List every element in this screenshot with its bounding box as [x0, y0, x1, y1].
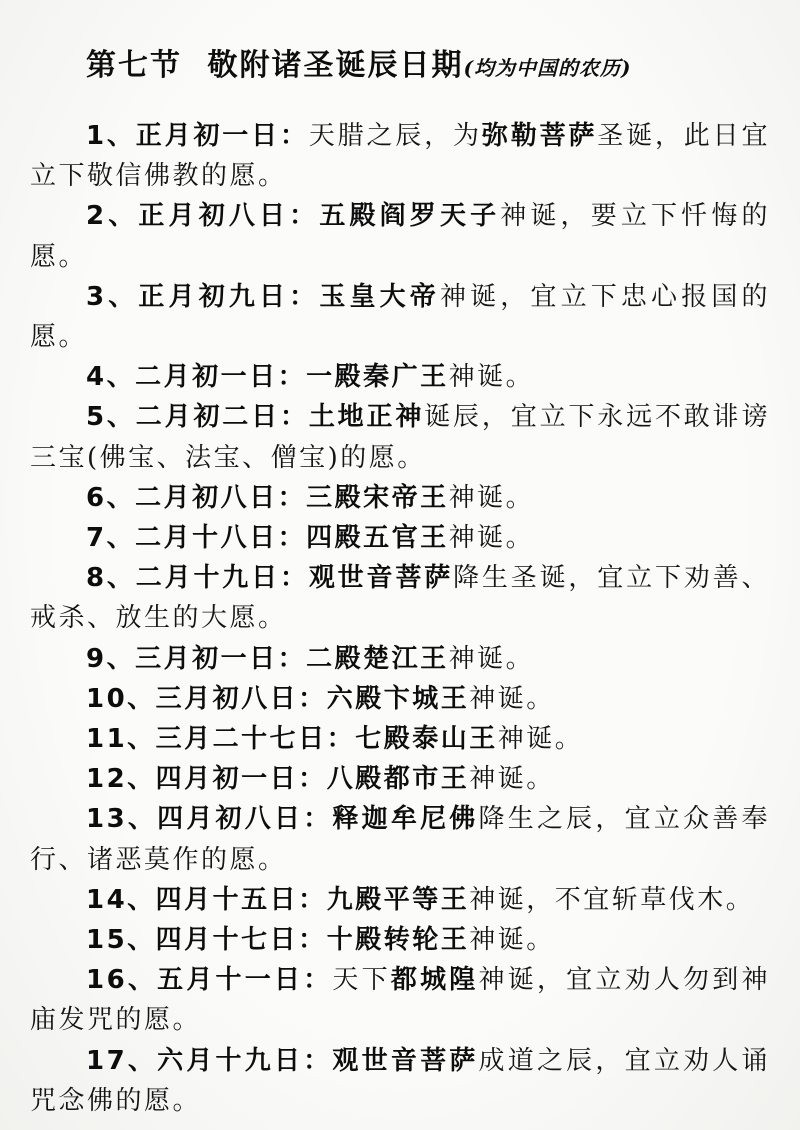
item-date-label: 2、正月初八日： — [86, 201, 319, 231]
item-date-label: 17、六月十九日： — [86, 1046, 332, 1076]
title-note: (均为中国的农历) — [464, 56, 632, 80]
document-page: 第七节敬附诸圣诞辰日期(均为中国的农历) 1、正月初一日：天腊之辰，为弥勒菩萨圣… — [0, 0, 800, 1130]
deity-name: 十殿转轮王 — [327, 925, 470, 955]
list-item: 10、三月初八日：六殿卞城王神诞。 — [30, 679, 770, 719]
deity-name: 二殿楚江王 — [306, 644, 449, 674]
item-text: 神诞。 — [449, 362, 535, 392]
title-main: 敬附诸圣诞辰日期 — [208, 48, 464, 83]
item-text: 天腊之辰，为 — [309, 121, 482, 151]
deity-name: 五殿阎罗天子 — [319, 201, 500, 231]
item-date-label: 14、四月十五日： — [86, 885, 327, 915]
item-date-label: 5、二月初二日： — [86, 402, 309, 432]
item-text: 神诞。 — [498, 724, 584, 754]
item-date-label: 11、三月二十七日： — [86, 724, 355, 754]
item-text: 天下 — [332, 965, 390, 995]
deity-name: 七殿泰山王 — [355, 724, 498, 754]
item-date-label: 7、二月十八日： — [86, 523, 306, 553]
item-date-label: 12、四月初一日： — [86, 764, 327, 794]
list-item: 6、二月初八日：三殿宋帝王神诞。 — [30, 478, 770, 518]
item-text: 神诞。 — [449, 523, 535, 553]
list-item: 17、六月十九日：观世音菩萨成道之辰，宜立劝人诵咒念佛的愿。 — [30, 1041, 770, 1121]
item-date-label: 1、正月初一日： — [86, 121, 309, 151]
deity-name: 八殿都市王 — [327, 764, 470, 794]
item-text: 神诞。 — [469, 925, 555, 955]
deity-name: 六殿卞城王 — [327, 684, 470, 714]
list-item: 7、二月十八日：四殿五官王神诞。 — [30, 518, 770, 558]
list-item: 3、正月初九日：玉皇大帝神诞，宜立下忠心报国的愿。 — [30, 277, 770, 357]
deity-name: 弥勒菩萨 — [482, 121, 597, 151]
deity-name: 都城隍 — [391, 965, 479, 995]
item-date-label: 8、二月十九日： — [86, 563, 309, 593]
list-item: 9、三月初一日：二殿楚江王神诞。 — [30, 639, 770, 679]
item-date-label: 16、五月十一日： — [86, 965, 332, 995]
list-item: 12、四月初一日：八殿都市王神诞。 — [30, 759, 770, 799]
deity-name: 三殿宋帝王 — [306, 483, 449, 513]
section-title: 第七节敬附诸圣诞辰日期(均为中国的农历) — [30, 40, 770, 88]
item-text: 神诞。 — [449, 644, 535, 674]
deity-name: 土地正神 — [309, 402, 424, 432]
item-date-label: 6、二月初八日： — [86, 483, 306, 513]
list-item: 8、二月十九日：观世音菩萨降生圣诞，宜立下劝善、戒杀、放生的大愿。 — [30, 558, 770, 638]
deity-name: 释迦牟尼佛 — [332, 804, 478, 834]
list-item: 16、五月十一日：天下都城隍神诞，宜立劝人勿到神庙发咒的愿。 — [30, 960, 770, 1040]
deity-name: 一殿秦广王 — [306, 362, 449, 392]
item-text: 神诞，不宜斩草伐木。 — [469, 885, 754, 915]
item-text: 神诞。 — [469, 684, 555, 714]
item-list: 1、正月初一日：天腊之辰，为弥勒菩萨圣诞，此日宜立下敬信佛教的愿。2、正月初八日… — [30, 116, 770, 1121]
list-item: 2、正月初八日：五殿阎罗天子神诞，要立下忏悔的愿。 — [30, 196, 770, 276]
item-text: 神诞。 — [469, 764, 555, 794]
list-item: 14、四月十五日：九殿平等王神诞，不宜斩草伐木。 — [30, 880, 770, 920]
item-date-label: 3、正月初九日： — [86, 282, 319, 312]
deity-name: 四殿五官王 — [306, 523, 449, 553]
list-item: 11、三月二十七日：七殿泰山王神诞。 — [30, 719, 770, 759]
item-date-label: 13、四月初八日： — [86, 804, 332, 834]
section-number: 第七节 — [86, 48, 182, 83]
item-date-label: 9、三月初一日： — [86, 644, 306, 674]
list-item: 4、二月初一日：一殿秦广王神诞。 — [30, 357, 770, 397]
deity-name: 九殿平等王 — [327, 885, 470, 915]
deity-name: 观世音菩萨 — [309, 563, 453, 593]
item-date-label: 4、二月初一日： — [86, 362, 306, 392]
deity-name: 玉皇大帝 — [319, 282, 440, 312]
list-item: 1、正月初一日：天腊之辰，为弥勒菩萨圣诞，此日宜立下敬信佛教的愿。 — [30, 116, 770, 196]
deity-name: 观世音菩萨 — [332, 1046, 478, 1076]
list-item: 13、四月初八日：释迦牟尼佛降生之辰，宜立众善奉行、诸恶莫作的愿。 — [30, 799, 770, 879]
list-item: 15、四月十七日：十殿转轮王神诞。 — [30, 920, 770, 960]
list-item: 5、二月初二日：土地正神诞辰，宜立下永远不敢诽谤三宝(佛宝、法宝、僧宝)的愿。 — [30, 397, 770, 477]
item-text: 神诞。 — [449, 483, 535, 513]
item-date-label: 10、三月初八日： — [86, 684, 327, 714]
item-date-label: 15、四月十七日： — [86, 925, 327, 955]
